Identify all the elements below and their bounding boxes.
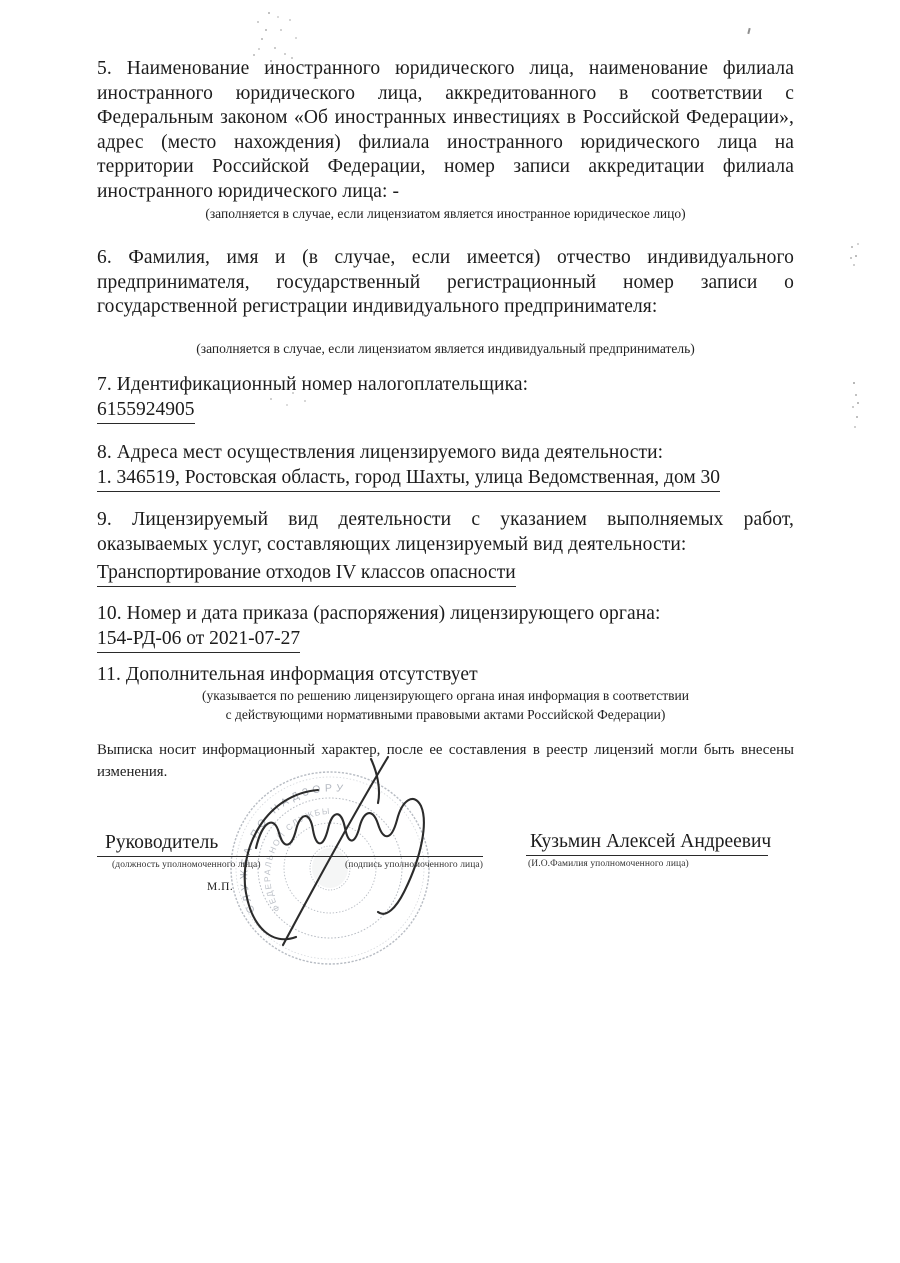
- section-10-value: 154-РД-06 от 2021-07-27: [97, 627, 794, 653]
- scan-noise: [851, 372, 853, 374]
- section-11-note-line2: с действующими нормативными правовыми ак…: [97, 706, 794, 723]
- seal-place-mark: М.П.: [207, 881, 233, 893]
- inn-value: 6155924905: [97, 398, 195, 424]
- section-7-body: 7. Идентификационный номер налогоплатель…: [97, 373, 794, 398]
- role-signature-line: [97, 856, 483, 857]
- role-caption: (должность уполномоченного лица): [112, 860, 261, 870]
- name-signature-line: [526, 855, 768, 856]
- section-8-body: 8. Адреса мест осуществления лицензируем…: [97, 441, 794, 466]
- sign-caption: (подпись уполномоченного лица): [345, 860, 483, 870]
- license-extract-page: 5. Наименование иностранного юридическог…: [0, 0, 900, 1263]
- activity-value: Транспортирование отходов IV классов опа…: [97, 561, 516, 587]
- scan-noise: [848, 238, 850, 240]
- section-6-note: (заполняется в случае, если лицензиатом …: [97, 340, 794, 357]
- section-6-body: 6. Фамилия, имя и (в случае, если имеетс…: [97, 246, 794, 320]
- section-5-body: 5. Наименование иностранного юридическог…: [97, 57, 794, 204]
- section-7-value: 6155924905: [97, 398, 794, 424]
- section-10-body: 10. Номер и дата приказа (распоряжения) …: [97, 602, 794, 627]
- section-9-body: 9. Лицензируемый вид деятельности с указ…: [97, 508, 794, 557]
- signatory-role: Руководитель: [105, 832, 218, 854]
- scan-noise: [747, 28, 750, 34]
- section-11-note-line1: (указывается по решению лицензирующего о…: [97, 687, 794, 704]
- section-5-note: (заполняется в случае, если лицензиатом …: [97, 205, 794, 222]
- signatory-name: Кузьмин Алексей Андреевич: [530, 831, 771, 853]
- scan-noise: [250, 8, 252, 10]
- section-11-body: 11. Дополнительная информация отсутствуе…: [97, 663, 794, 688]
- order-value: 154-РД-06 от 2021-07-27: [97, 627, 300, 653]
- section-8-value: 1. 346519, Ростовская область, город Шах…: [97, 466, 794, 492]
- address-value: 1. 346519, Ростовская область, город Шах…: [97, 466, 720, 492]
- section-9-value: Транспортирование отходов IV классов опа…: [97, 561, 794, 587]
- name-caption: (И.О.Фамилия уполномоченного лица): [528, 859, 689, 869]
